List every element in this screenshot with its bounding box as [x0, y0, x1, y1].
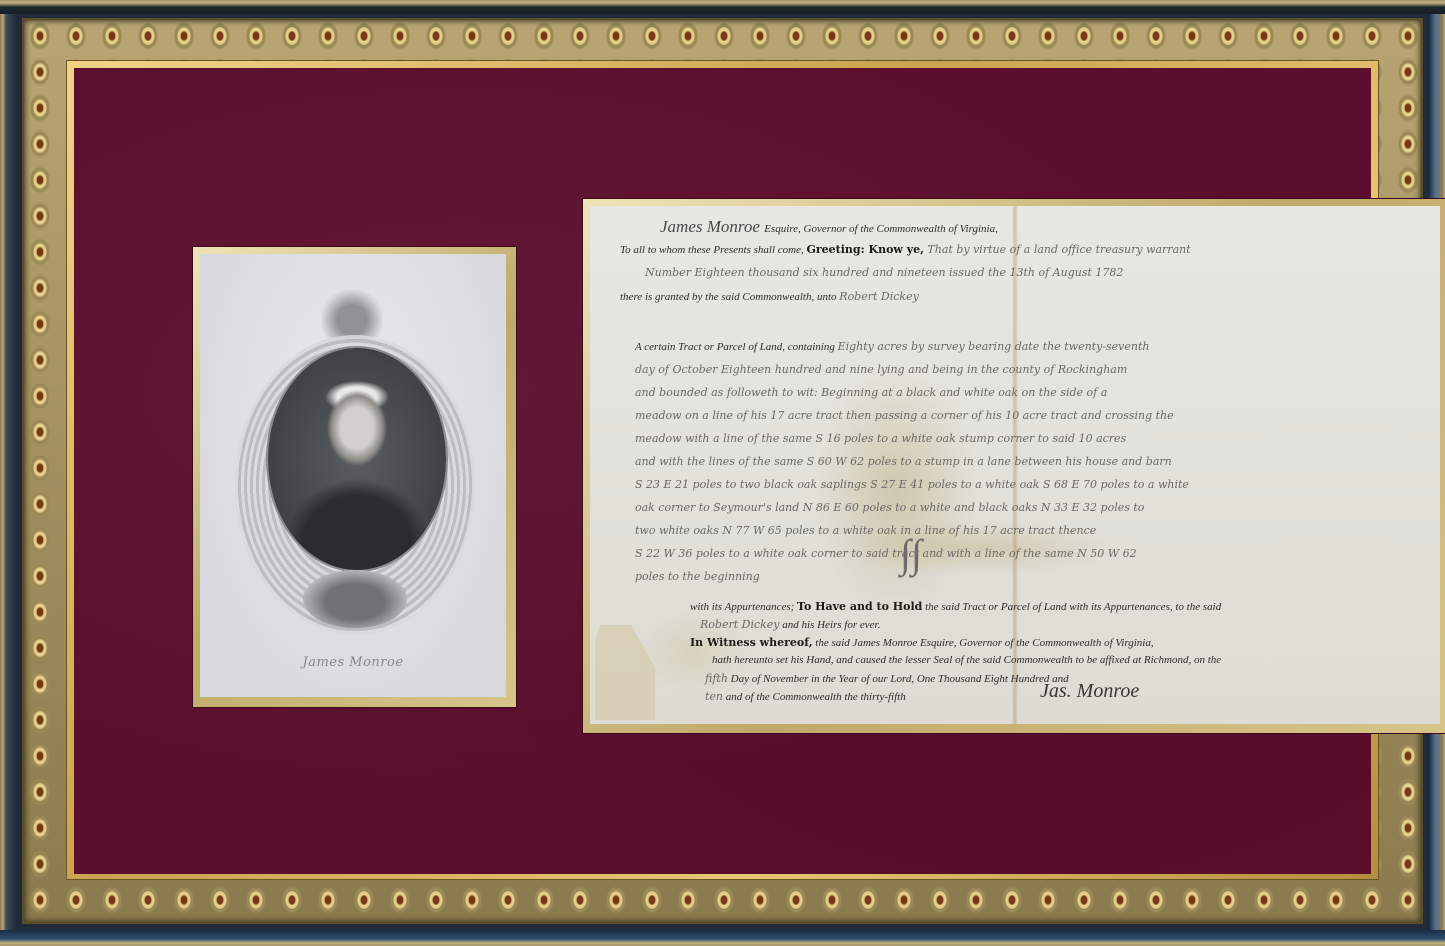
doc-line: Number Eighteen thousand six hundred and… [645, 266, 1123, 279]
heading-name: James Monroe [660, 217, 760, 236]
doc-line: with its Appurtenances; To Have and to H… [690, 600, 1221, 613]
doc-line: hath hereunto set his Hand, and caused t… [712, 654, 1221, 666]
monroe-signature: Jas. Monroe [1040, 680, 1139, 703]
doc-line: A certain Tract or Parcel of Land, conta… [635, 340, 1149, 353]
doc-line: ten and of the Commonwealth the thirty-f… [705, 690, 906, 703]
portrait-signature-caption: James Monroe [200, 655, 506, 670]
top-vignette-illustration [322, 290, 382, 340]
doc-line: Robert Dickey and his Heirs for ever. [700, 618, 880, 631]
doc-line: and with the lines of the same S 60 W 62… [635, 455, 1172, 468]
bottom-vignette-illustration [303, 570, 407, 628]
doc-line: and bounded as followeth to wit: Beginni… [635, 386, 1107, 399]
heading-title: Esquire, Governor of the Commonwealth of… [764, 223, 998, 235]
pen-flourish: ∫∫ [900, 530, 922, 577]
doc-line: oak corner to Seymour's land N 86 E 60 p… [635, 501, 1144, 514]
doc-line: meadow on a line of his 17 acre tract th… [635, 409, 1174, 422]
james-monroe-portrait [268, 348, 446, 570]
doc-line: To all to whom these Presents shall come… [620, 243, 1191, 256]
doc-line: In Witness whereof, the said James Monro… [690, 636, 1154, 649]
doc-line: two white oaks N 77 W 65 poles to a whit… [635, 524, 1096, 537]
doc-line: fifth Day of November in the Year of our… [705, 672, 1069, 685]
doc-line: there is granted by the said Commonwealt… [620, 290, 919, 303]
doc-line: meadow with a line of the same S 16 pole… [635, 432, 1126, 445]
doc-line: S 22 W 36 poles to a white oak corner to… [635, 547, 1137, 560]
document-heading: James Monroe Esquire, Governor of the Co… [660, 217, 998, 237]
doc-line: S 23 E 21 poles to two black oak sapling… [635, 478, 1189, 491]
doc-line: poles to the beginning [635, 570, 760, 583]
doc-line: day of October Eighteen hundred and nine… [635, 363, 1127, 376]
